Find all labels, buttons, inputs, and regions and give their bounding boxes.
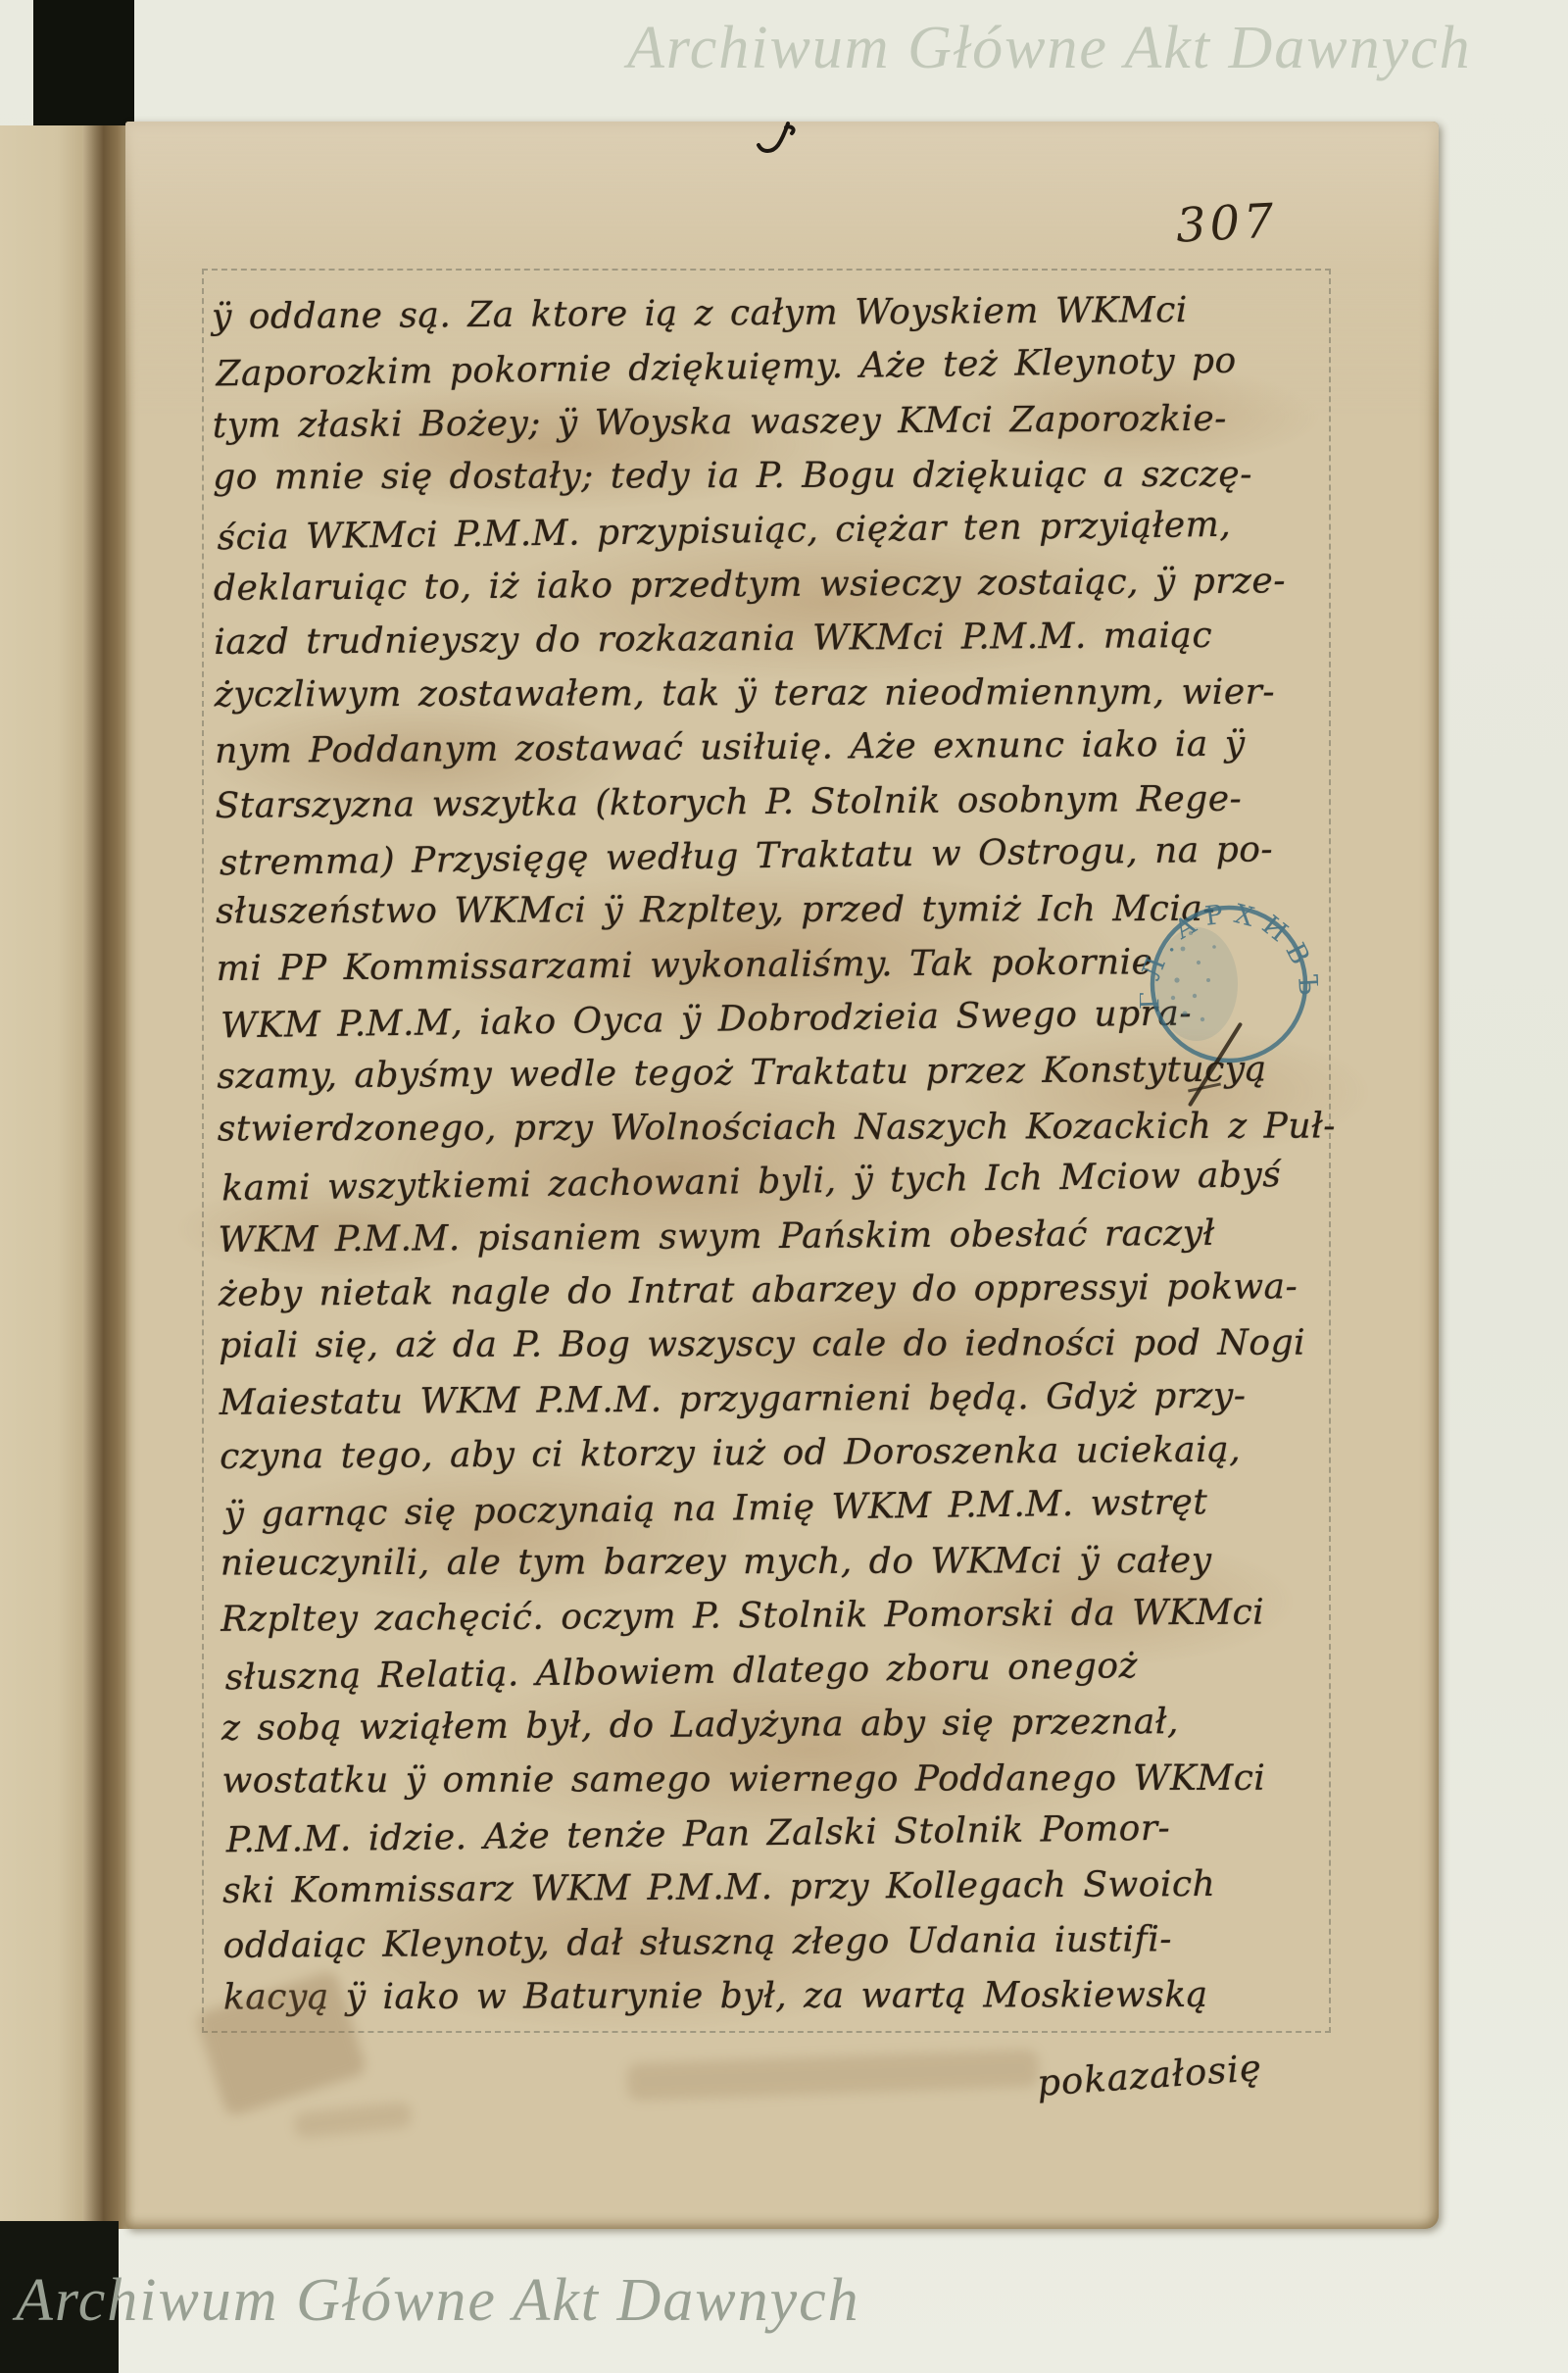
manuscript-line: kacyą ÿ iako w Baturynie był, za wartą M… [223, 1968, 1329, 2025]
manuscript-line: stremma) Przysięgę według Traktatu w Ost… [220, 821, 1326, 890]
page-number: 307 [1175, 193, 1279, 253]
manuscript-text: ÿ oddane są. Za ktore ią z całym Woyskie… [212, 282, 1329, 2027]
manuscript-line: życzliwym zostawałem, tak ÿ teraz nieodm… [215, 665, 1320, 721]
manuscript-line: żeby nietak nagle do Intrat abarzey do o… [219, 1260, 1324, 1321]
manuscript-line: go mnie się dostały; tedy ia P. Bogu dzi… [213, 448, 1318, 505]
book-gutter-shadow [82, 125, 129, 2229]
manuscript-line: WKM P.M.M. pisaniem swym Pańskim obesłać… [218, 1206, 1323, 1267]
spine-strip-bottom [0, 2221, 119, 2373]
manuscript-line: tym złaski Bożey; ÿ Woyska waszey KMci Z… [213, 391, 1318, 453]
manuscript-line: piali się, aż da P. Bog wszyscy cale do … [219, 1316, 1324, 1373]
manuscript-line: iazd trudnieyszy do rozkazania WKMci P.M… [214, 608, 1319, 669]
spine-strip-top [33, 0, 134, 138]
previous-page-edge [0, 125, 82, 2229]
manuscript-line: ski Kommissarz WKM P.M.M. przy Kollegach… [222, 1856, 1328, 1918]
manuscript-line: Maiestatu WKM P.M.M. przygarnieni będą. … [220, 1368, 1325, 1430]
manuscript-line: nym Poddanym zostawać usiłuię. Aże exnun… [215, 717, 1320, 778]
manuscript-line: ÿ garnąc się poczynaią na Imię WKM P.M.M… [223, 1473, 1330, 1542]
manuscript-line: z sobą wziąłem był, do Ladyżyna aby się … [221, 1694, 1327, 1755]
manuscript-line: stwierdzonego, przy Wolnościach Naszych … [218, 1099, 1323, 1156]
watermark-bottom: Archiwum Główne Akt Dawnych [16, 2266, 860, 2336]
ink-mark [753, 120, 808, 163]
manuscript-line: wostatku ÿ omnie samego wiernego Poddane… [221, 1751, 1327, 1807]
manuscript-line: oddaiąc Kleynoty, dał słuszną złego Udan… [222, 1911, 1328, 1973]
archive-scan: Archiwum Główne Akt Dawnych 307 ÿ oddane… [0, 0, 1568, 2373]
watermark-top: Archiwum Główne Akt Dawnych [627, 14, 1472, 83]
manuscript-line: nieuczynili, ale tym barzey mych, do WKM… [220, 1533, 1326, 1590]
